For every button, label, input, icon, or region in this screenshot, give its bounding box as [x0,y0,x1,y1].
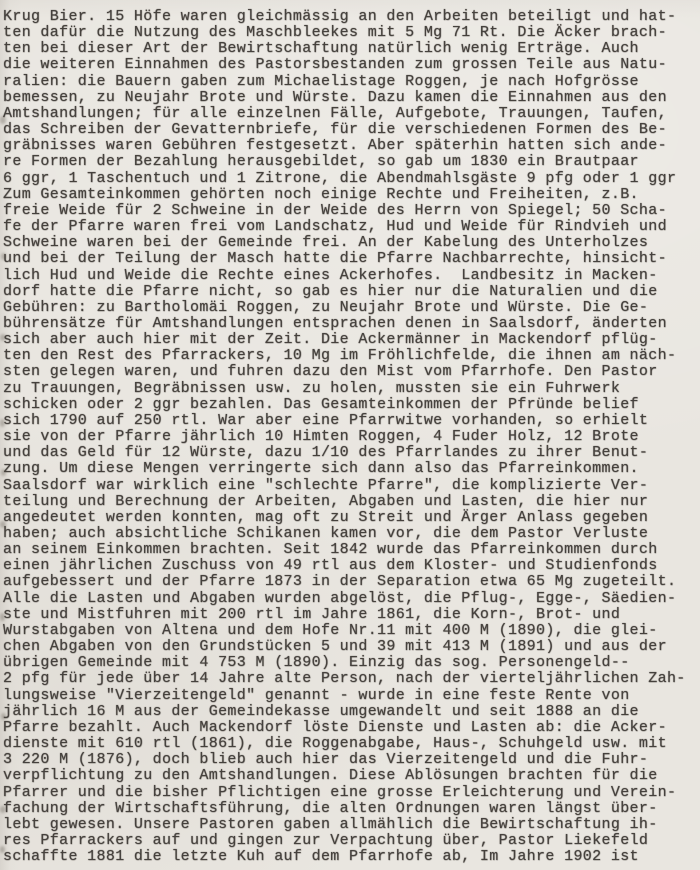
scan-smudge [0,846,5,853]
scan-smudge [1,469,6,476]
scan-smudge [1,253,6,260]
scan-smudge [0,613,5,621]
scan-smudge [0,806,6,813]
scan-smudge [1,713,6,720]
scan-smudge [0,521,6,528]
scan-smudge [0,334,6,341]
scan-smudge [0,116,6,124]
page-text: Krug Bier. 15 Höfe waren gleichmässig an… [3,9,686,865]
scan-smudge [0,419,5,427]
scanned-page: Krug Bier. 15 Höfe waren gleichmässig an… [0,0,700,870]
